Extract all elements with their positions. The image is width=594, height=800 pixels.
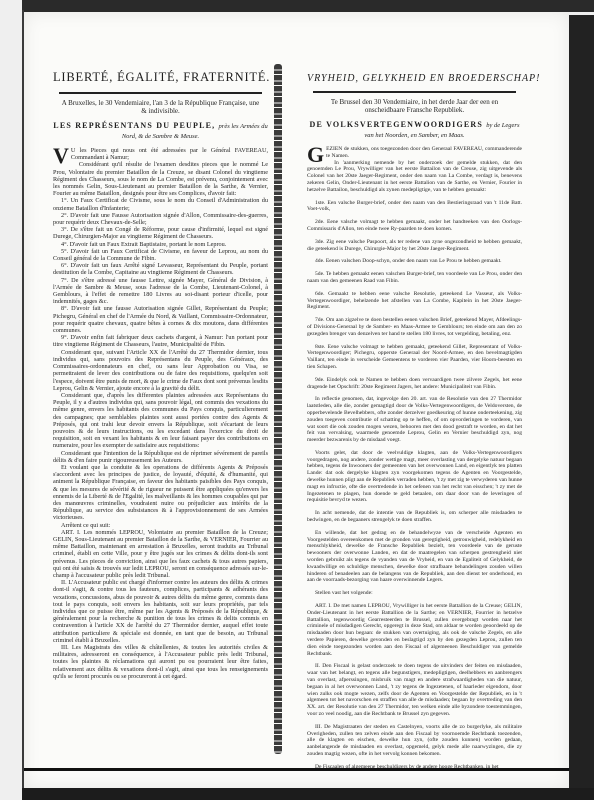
french-paragraph: Considerant que, d'après les differentes… [53, 392, 268, 450]
column-divider-ornament [274, 64, 282, 754]
french-dropcap: V [53, 147, 69, 165]
scan-top-shadow [22, 0, 594, 12]
dutch-dateline: Te Brussel den 30 Vendemiaire, in het de… [313, 98, 516, 114]
french-paragraph: Considerant que l'intention de la Républ… [53, 450, 268, 464]
french-masthead-rule [59, 92, 262, 94]
dutch-paragraph: 5de. Te hebben gemaakt eenen valschen Bu… [307, 271, 522, 285]
dutch-paragraph: In 'aanmerking nemende by het onderzoek … [307, 160, 522, 194]
french-paragraph: 5°. D'avoir fait un Faux Certificat de C… [53, 248, 268, 262]
french-body: V U les Pieces qui nous ont été adressée… [53, 147, 268, 680]
french-paragraph: 4°. D'avoir fait un Faux Extrait Baptist… [53, 241, 268, 248]
french-paragraph: 3°. De s'être fait un Congé de Réforme, … [53, 226, 268, 240]
french-paragraph: 1°. Un Faux Certificat de Civisme, sous … [53, 197, 268, 211]
dutch-paragraph: 9de. Eindelyk ook te Namen te hebben doe… [307, 377, 522, 391]
dutch-dropcap: G [307, 146, 324, 164]
page-bottom-rule [24, 768, 569, 771]
dutch-paragraph: III. De Magistraaten der steden en Caste… [307, 724, 522, 758]
french-paragraph: 6°. D'avoir fait un faux Arrêté signé Le… [53, 262, 268, 276]
french-heading-title: LES REPRÉSENTANS DU PEUPLE, [53, 121, 215, 130]
dutch-paragraph: 7de. Om aan zigzelve te doen bestellen e… [307, 317, 522, 337]
french-masthead: LIBERTÉ, ÉGALITÉ, FRATERNITÉ. [53, 70, 268, 85]
dutch-paragraph: II. Den Fiscaal is gelast onderzoek te d… [307, 663, 522, 717]
dutch-paragraph: 8ste. Eene valsche volmagt te hebben gem… [307, 344, 522, 371]
french-paragraph: 2°. D'avoir fait une Fausse Autorisation… [53, 212, 268, 226]
french-paragraph: 8°. D'avoir fait une fausse Autorisation… [53, 305, 268, 334]
dutch-paragraph: 6de. Gemaakt te hebben eene valsche Reso… [307, 291, 522, 311]
dutch-column: VRYHEID, GELYKHEID EN BROEDERSCHAP! Te B… [307, 70, 522, 771]
french-column: LIBERTÉ, ÉGALITÉ, FRATERNITÉ. A Bruxelle… [53, 70, 268, 680]
dutch-heading: DE VOLKSVERTEGENWOORDIGERS by de Legers … [307, 120, 522, 140]
french-paragraph: III. Les Magistrats des villes & châtell… [53, 644, 268, 680]
dutch-heading-title: DE VOLKSVERTEGENWOORDIGERS [310, 120, 484, 129]
dutch-paragraph: ART. I. De met namen LEPROU, Vrywilliger… [307, 603, 522, 657]
french-paragraph: Et voulant que la conduite & les operati… [53, 464, 268, 522]
french-dateline: A Bruxelles, le 30 Vendemiaire, l'an 3 d… [59, 99, 262, 115]
dutch-paragraph: In reflectie genomen, dat, ingevolge den… [307, 396, 522, 444]
dutch-paragraph: 2de. Eene valsche volmagt te hebben gema… [307, 219, 522, 233]
french-heading: LES REPRÉSENTANS DU PEUPLE, près les Arm… [53, 121, 268, 141]
dutch-paragraph: 1ste. Een valsche Burger-brief, onder de… [307, 200, 522, 214]
french-paragraph: Arrêtent ce qui suit: [53, 522, 268, 529]
french-paragraph: ART. I. Les nommés LEPROU, Volontaire au… [53, 529, 268, 579]
dutch-masthead-rule [313, 91, 516, 93]
dutch-paragraph: EZIEN de stukken, ons toegezonden door d… [307, 146, 522, 160]
document-page: LIBERTÉ, ÉGALITÉ, FRATERNITÉ. A Bruxelle… [24, 12, 569, 788]
dutch-paragraph: In acht nemende, dat de intentie van de … [307, 510, 522, 524]
french-paragraph: 7°. De s'être adressé une fausse Lettre,… [53, 277, 268, 306]
dutch-paragraph: En willende, dat het gedrag en de behand… [307, 530, 522, 584]
dutch-paragraph: Stellen vast het volgende: [307, 590, 522, 597]
dutch-body: G EZIEN de stukken, ons toegezonden door… [307, 146, 522, 771]
french-paragraph: Considerant que, suivant l'Article XX de… [53, 349, 268, 392]
french-paragraph: Considérant qu'il résulte de l'examen de… [53, 161, 268, 197]
french-paragraph: 9°. D'avoir enfin fait fabriquer deux ca… [53, 334, 268, 348]
dutch-masthead: VRYHEID, GELYKHEID EN BROEDERSCHAP! [307, 70, 522, 84]
scan-bottom-edge [22, 788, 594, 800]
dutch-paragraph: 4de. Eenen valschen Doop-schyn, onder de… [307, 258, 522, 265]
french-paragraph: II. L'Accusateur public est chargé d'inf… [53, 579, 268, 644]
dutch-paragraph: Voorts gelet, dat door de veelvuldige kl… [307, 450, 522, 504]
scan-right-shadow [568, 15, 594, 800]
french-paragraph: U les Pieces qui nous ont été adressées … [53, 147, 268, 161]
dutch-paragraph: 3de. Zig eene valsche Paspoort, als ter … [307, 239, 522, 253]
